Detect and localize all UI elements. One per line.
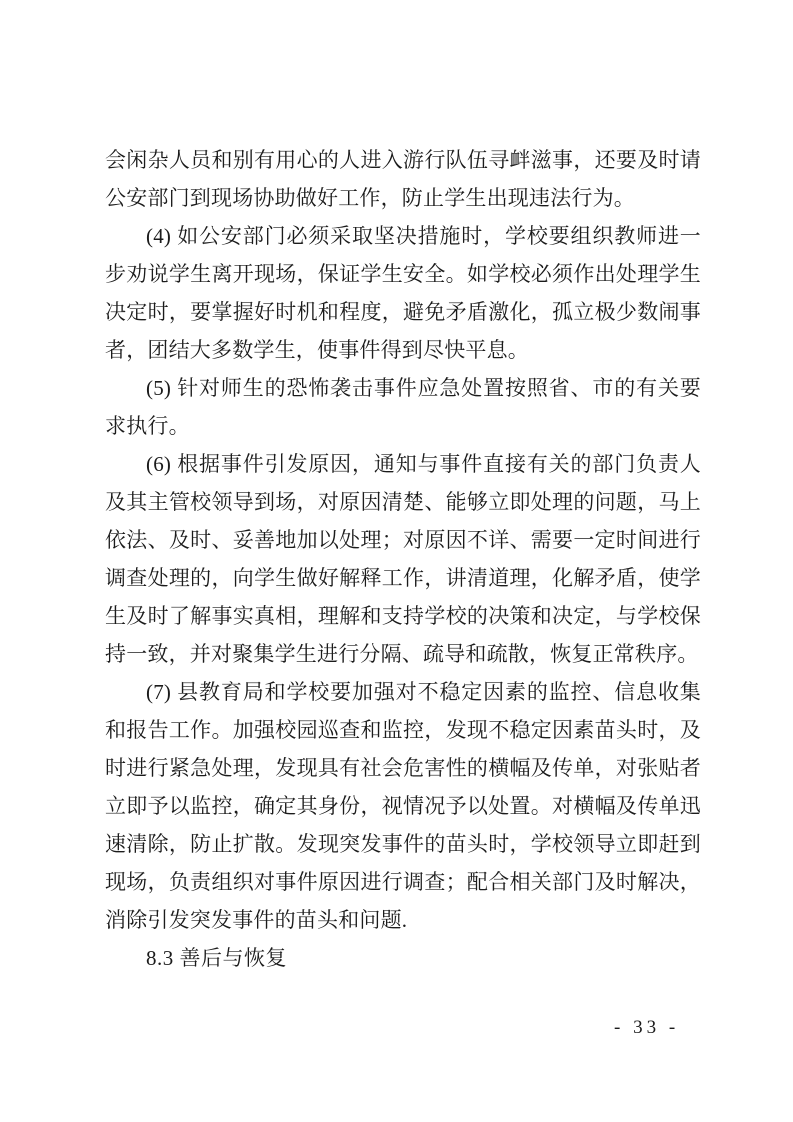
body-line: 消除引发突发事件的苗头和问题. [105, 901, 701, 939]
body-line: 及其主管校领导到场，对原因清楚、能够立即处理的问题，马上 [105, 483, 701, 521]
section-heading: 8.3 善后与恢复 [105, 939, 701, 977]
body-line: 立即予以监控，确定其身份，视情况予以处置。对横幅及传单迅 [105, 787, 701, 825]
body-line: 时进行紧急处理，发现具有社会危害性的横幅及传单，对张贴者 [105, 749, 701, 787]
page-number: - 33 - [614, 1017, 679, 1039]
body-line: 速清除，防止扩散。发现突发事件的苗头时，学校领导立即赶到 [105, 825, 701, 863]
body-line: 公安部门到现场协助做好工作，防止学生出现违法行为。 [105, 179, 701, 217]
body-line: (6) 根据事件引发原因，通知与事件直接有关的部门负责人 [105, 445, 701, 483]
body-line: 会闲杂人员和别有用心的人进入游行队伍寻衅滋事，还要及时请 [105, 141, 701, 179]
body-line: (5) 针对师生的恐怖袭击事件应急处置按照省、市的有关要 [105, 369, 701, 407]
body-line: 求执行。 [105, 407, 701, 445]
body-line: 持一致，并对聚集学生进行分隔、疏导和疏散，恢复正常秩序。 [105, 635, 701, 673]
body-line: 依法、及时、妥善地加以处理；对原因不详、需要一定时间进行 [105, 521, 701, 559]
body-line: 和报告工作。加强校园巡查和监控，发现不稳定因素苗头时，及 [105, 711, 701, 749]
body-line: 步劝说学生离开现场，保证学生安全。如学校必须作出处理学生 [105, 255, 701, 293]
body-line: (4) 如公安部门必须采取坚决措施时，学校要组织教师进一 [105, 217, 701, 255]
text-block: 会闲杂人员和别有用心的人进入游行队伍寻衅滋事，还要及时请 公安部门到现场协助做好… [105, 141, 701, 977]
body-line: 者，团结大多数学生，使事件得到尽快平息。 [105, 331, 701, 369]
body-line: 现场，负责组织对事件原因进行调查；配合相关部门及时解决， [105, 863, 701, 901]
body-line: 调查处理的，向学生做好解释工作，讲清道理，化解矛盾，使学 [105, 559, 701, 597]
body-line: (7) 县教育局和学校要加强对不稳定因素的监控、信息收集 [105, 673, 701, 711]
body-line: 生及时了解事实真相，理解和支持学校的决策和决定，与学校保 [105, 597, 701, 635]
document-page: 会闲杂人员和别有用心的人进入游行队伍寻衅滋事，还要及时请 公安部门到现场协助做好… [0, 0, 793, 1122]
body-line: 决定时，要掌握好时机和程度，避免矛盾激化，孤立极少数闹事 [105, 293, 701, 331]
